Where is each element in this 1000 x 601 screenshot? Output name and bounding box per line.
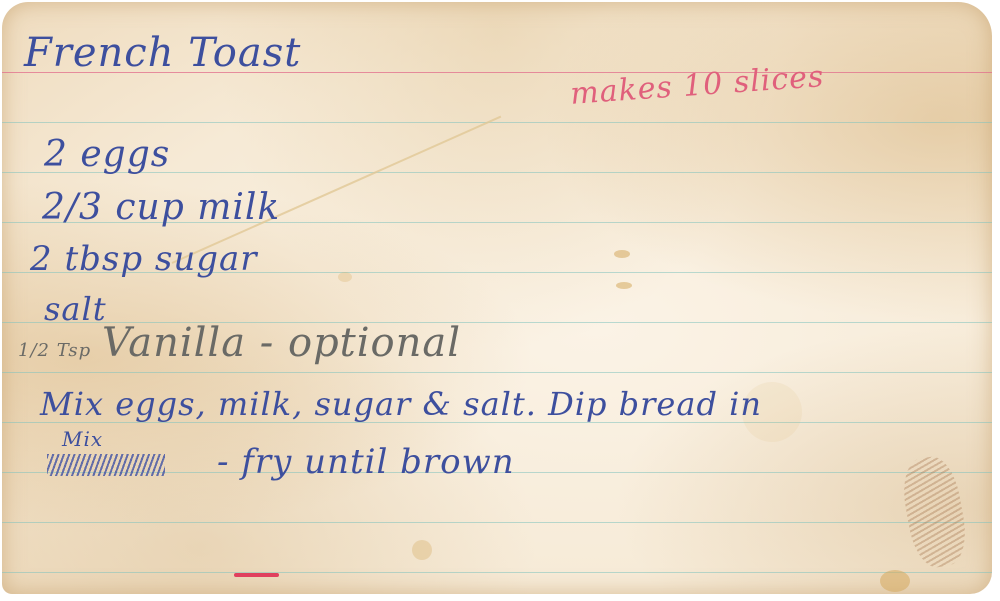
inserted-word: Mix (62, 427, 103, 451)
ruled-line (2, 572, 992, 573)
red-ink-mark (234, 573, 279, 577)
stain-spot (412, 540, 432, 560)
stain-spot (614, 250, 630, 258)
stain-spot (616, 282, 632, 289)
recipe-title: French Toast (24, 30, 301, 76)
crossed-out-word (47, 454, 165, 476)
instructions-line-1: Mix eggs, milk, sugar & salt. Dip bread … (40, 385, 762, 423)
ingredient-milk: 2/3 cup milk (42, 187, 280, 228)
stain-spot (880, 570, 910, 592)
ruled-line (2, 522, 992, 523)
stain-spot (338, 272, 352, 282)
ruled-line (2, 372, 992, 373)
ingredient-salt: salt (44, 290, 107, 328)
ingredient-eggs: 2 eggs (44, 134, 170, 175)
recipe-card: French Toast makes 10 slices 2 eggs 2/3 … (2, 2, 992, 594)
fingerprint-smudge (898, 453, 971, 571)
yield-note: makes 10 slices (569, 59, 825, 112)
vanilla-amount: 1/2 Tsp (18, 340, 91, 361)
instructions-line-2: - fry until brown (217, 442, 515, 482)
vanilla-ingredient: Vanilla - optional (102, 320, 461, 366)
ingredient-sugar: 2 tbsp sugar (30, 239, 258, 279)
ruled-line (2, 122, 992, 123)
